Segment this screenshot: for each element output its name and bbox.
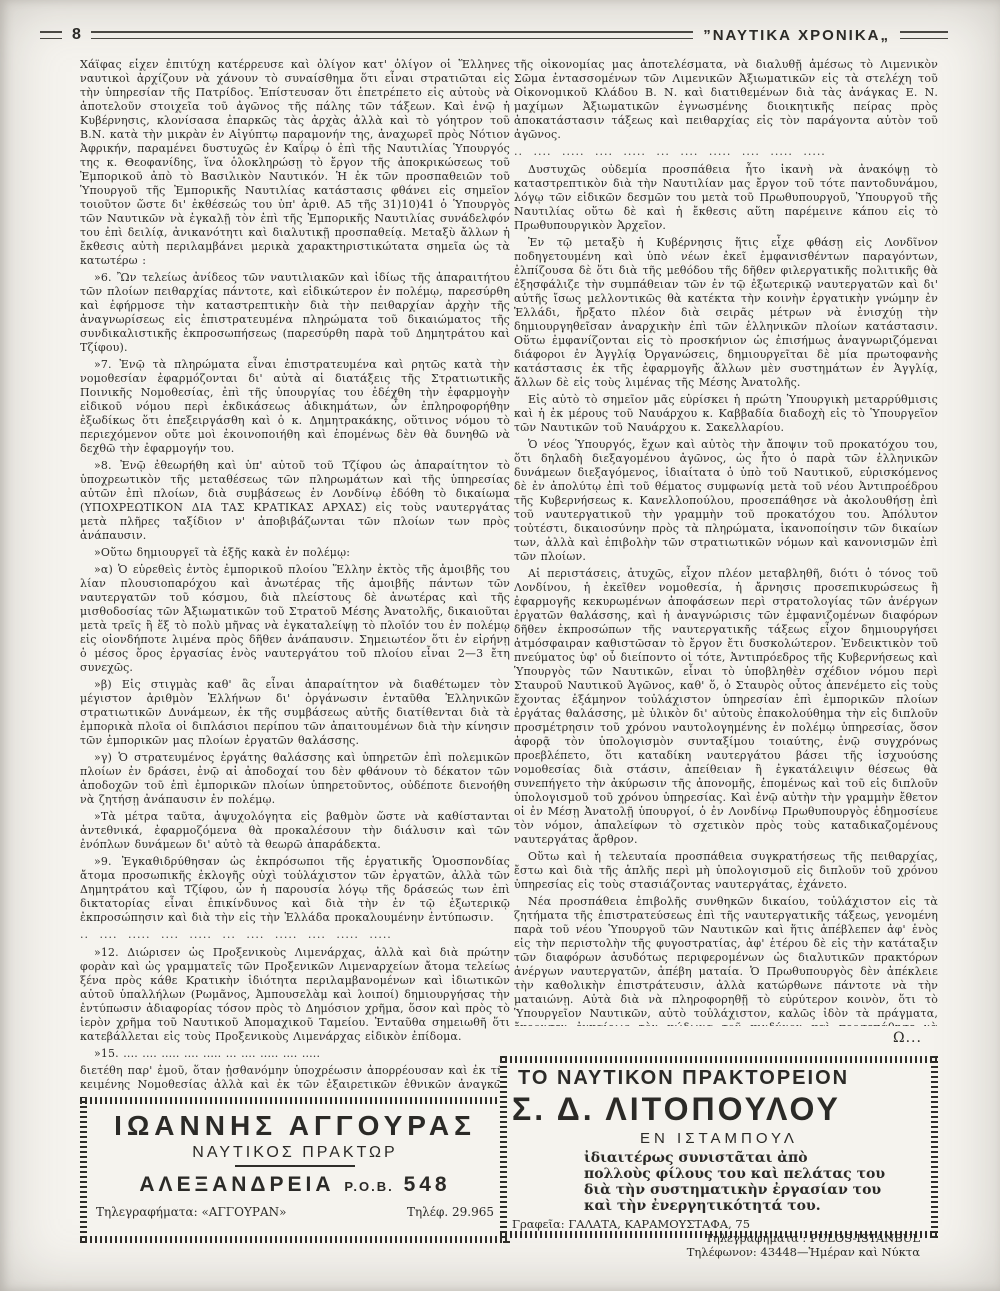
agouras-phone: Τηλέφ. 29.965 — [407, 1205, 494, 1219]
agouras-name: ΙΩΑΝΝΗΣ ΑΓΓΟΥΡΑΣ — [92, 1110, 498, 1142]
telegrams-value: «ΑΓΓΟΥΡΑΝ» — [201, 1205, 286, 1219]
paragraph: »15. .... .... ..... .... ..... ... ....… — [80, 1047, 510, 1061]
agouras-role: ΝΑΥΤΙΚΟΣ ΠΡΑΚΤΩΡ — [92, 1144, 498, 1162]
litopoulou-name: Σ. Δ. ΛΙΤΟΠΟΥΛΟΥ — [512, 1091, 926, 1128]
paragraph: »β) Εἰς στιγμὰς καθ' ἃς εἶναι ἀπαραίτητο… — [80, 678, 510, 748]
left-column: Χάϊφας εἶχεν ἐπιτύχη κατέρρευσε καὶ ὀλίγ… — [80, 58, 510, 1090]
litopoulou-telegrams: Τηλεγραφήματα : PULOS-ISTANBUL — [512, 1231, 926, 1245]
litopoulou-advertisement: ΤΟ ΝΑΥΤΙΚΟΝ ΠΡΑΚΤΟΡΕΙΟΝ Σ. Δ. ΛΙΤΟΠΟΥΛΟΥ… — [500, 1056, 938, 1238]
paragraph: »α) Ὁ εὑρεθεὶς ἐντὸς ἐμπορικοῦ πλοίου Ἕλ… — [80, 563, 510, 675]
paragraph: »9. Ἐγκαθιδρύθησαν ὡς ἐκπρόσωποι τῆς ἐργ… — [80, 855, 510, 925]
ad-text-line: καὶ τὴν ἐνεργητικότητά του. — [584, 1198, 926, 1214]
paragraph: »Τὰ μέτρα ταῦτα, ἀψυχολόγητα εἰς βαθμὸν … — [80, 810, 510, 852]
hatch-border-left — [500, 1056, 507, 1238]
agouras-telegrams: Τηλεγραφήματα: «ΑΓΓΟΥΡΑΝ» — [96, 1205, 286, 1219]
header-rule — [91, 31, 693, 39]
dots-separator: .. .... ..... .... ..... ... .... ..... … — [80, 928, 510, 942]
right-column: τῆς οἰκονομίας μας ἀποτελέσματα, νὰ διαλ… — [514, 58, 938, 1026]
article-signature: Ω... — [893, 1030, 922, 1046]
agouras-address: ΑΛΕΞΑΝΔΡΕΙΑ P.O.B. 548 — [92, 1173, 498, 1197]
hatch-border-bottom — [80, 1236, 510, 1243]
paragraph: Νέα προσπάθεια ἐπιβολῆς συνθηκῶν δικαίου… — [514, 895, 938, 1026]
masthead-title: ”ΝΑΥΤΙΚΑ ΧΡΟΝΙΚΑ„ — [703, 27, 890, 44]
hatch-border-left — [80, 1097, 87, 1243]
paragraph: »12. Διώρισεν ὡς Προξενικοὺς Λιμενάρχας,… — [80, 946, 510, 1044]
agouras-city: ΑΛΕΞΑΝΔΡΕΙΑ — [139, 1173, 334, 1196]
underline-rule — [235, 1165, 355, 1167]
litopoulou-contact: Γραφεῖα: ΓΑΛΑΤΑ, ΚΑΡΑΜΟΥΣΤΑΦΑ, 75 Τηλεγρ… — [512, 1217, 926, 1259]
page-number: 8 — [72, 26, 81, 44]
paragraph: »8. Ἐνῷ ἐθεωρήθη καὶ ὑπ' αὐτοῦ τοῦ Τζίφο… — [80, 459, 510, 543]
header-rule — [900, 31, 948, 39]
paragraph: »6. Ὢν τελείως ἀνίδεος τῶν ναυτιλιακῶν κ… — [80, 271, 510, 355]
paragraph: Ὁ νέος Ὑπουργός, ἔχων καὶ αὐτὸς τὴν ἄποψ… — [514, 438, 938, 564]
paragraph: Ἐν τῷ μεταξὺ ἡ Κυβέρνησις ἥτις εἶχε φθάσ… — [514, 236, 938, 390]
paragraph: Οὕτω καὶ ἡ τελευταία προσπάθεια συγκρατή… — [514, 850, 938, 892]
ad-text-line: διὰ τὴν συστηματικὴν ἐργασίαν του — [584, 1182, 926, 1198]
hatch-border-top — [500, 1056, 938, 1063]
header-rule — [40, 31, 62, 39]
hatch-border-right — [931, 1056, 938, 1238]
paragraph: »7. Ἐνῷ τὰ πληρώματα εἶναι ἐπιστρατευμέν… — [80, 358, 510, 456]
agouras-pob-number: 548 — [404, 1173, 451, 1196]
paragraph: »Οὕτω δημιουργεῖ τὰ ἑξῆς κακὰ ἐν πολέμῳ: — [80, 546, 510, 560]
litopoulou-header: ΤΟ ΝΑΥΤΙΚΟΝ ΠΡΑΚΤΟΡΕΙΟΝ — [512, 1067, 926, 1090]
litopoulou-slogan: ἰδιαιτέρως συνιστᾶται ἀπὸπολλοὺς φίλους … — [512, 1150, 926, 1214]
litopoulou-offices: Γραφεῖα: ΓΑΛΑΤΑ, ΚΑΡΑΜΟΥΣΤΑΦΑ, 75 — [512, 1217, 926, 1231]
agouras-advertisement: ΙΩΑΝΝΗΣ ΑΓΓΟΥΡΑΣ ΝΑΥΤΙΚΟΣ ΠΡΑΚΤΩΡ ΑΛΕΞΑΝ… — [80, 1097, 510, 1243]
telegrams-label: Τηλεγραφήματα: — [96, 1205, 198, 1219]
paragraph: τῆς οἰκονομίας μας ἀποτελέσματα, νὰ διαλ… — [514, 58, 938, 142]
ad-text-line: ἰδιαιτέρως συνιστᾶται ἀπὸ — [584, 1150, 926, 1166]
paragraph: Δυστυχῶς οὐδεμία προσπάθεια ἦτο ἱκανὴ νὰ… — [514, 163, 938, 233]
paragraph: Εἰς αὐτὸ τὸ σημεῖον μᾶς εὑρίσκει ἡ πρώτη… — [514, 393, 938, 435]
paragraph: »γ) Ὁ στρατευμένος ἐργάτης θαλάσσης καὶ … — [80, 751, 510, 807]
litopoulou-phone: Τηλέφωνον: 43448—Ἡμέραν καὶ Νύκτα — [512, 1245, 926, 1259]
dots-separator: .. .... ..... .... ..... ... .... ..... … — [514, 145, 938, 159]
paragraph: Αἱ περιστάσεις, ἀτυχῶς, εἶχον πλέον μετα… — [514, 567, 938, 847]
litopoulou-location: ΕΝ ΙΣΤΑΜΠΟΥΛ — [512, 1130, 926, 1147]
scanned-magazine-page: 8 ”ΝΑΥΤΙΚΑ ΧΡΟΝΙΚΑ„ Χάϊφας εἶχεν ἐπιτύχη… — [0, 0, 1000, 1291]
page-header: 8 ”ΝΑΥΤΙΚΑ ΧΡΟΝΙΚΑ„ — [40, 26, 948, 44]
hatch-border-top — [80, 1097, 510, 1104]
paragraph: διετέθη παρ' ἐμοῦ, ὅταν ᾐσθανόμην ὑποχρέ… — [80, 1064, 510, 1090]
agouras-pob-label: P.O.B. — [344, 1179, 393, 1194]
paragraph: Χάϊφας εἶχεν ἐπιτύχη κατέρρευσε καὶ ὀλίγ… — [80, 58, 510, 268]
ad-text-line: πολλοὺς φίλους του καὶ πελάτας του — [584, 1166, 926, 1182]
agouras-contact-row: Τηλεγραφήματα: «ΑΓΓΟΥΡΑΝ» Τηλέφ. 29.965 — [92, 1205, 498, 1219]
